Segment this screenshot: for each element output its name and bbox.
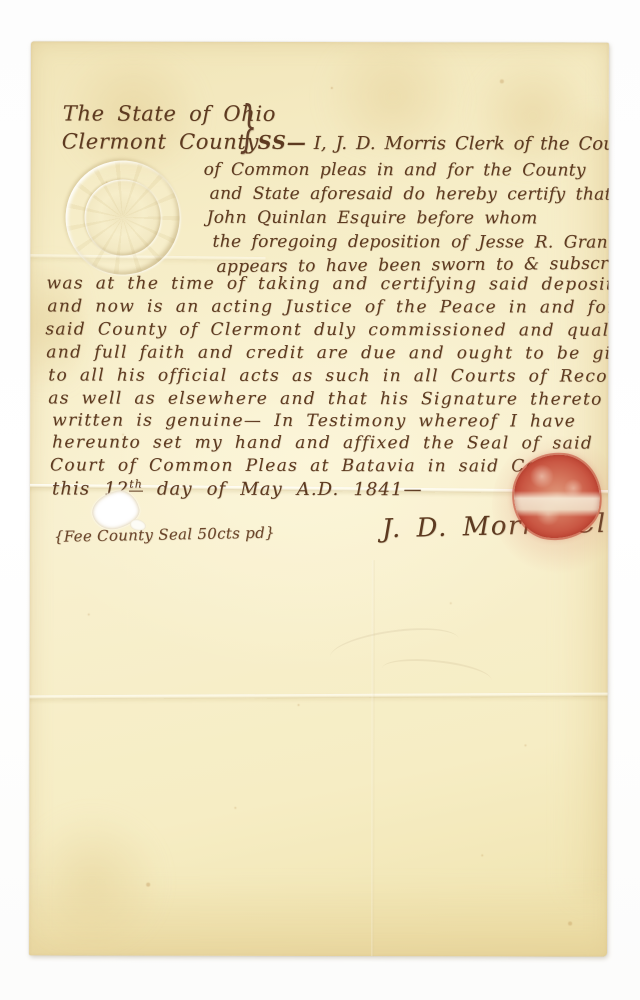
handwritten-line: as well as elsewhere and that his Signat…	[48, 388, 603, 409]
handwritten-line: and full faith and credit are due and ou…	[46, 342, 609, 363]
bleed-through-mark	[380, 654, 492, 694]
handwritten-line: hereunto set my hand and affixed the Sea…	[52, 432, 593, 453]
handwritten-line: and now is an acting Justice of the Peac…	[47, 296, 609, 317]
handwritten-line: said County of Clermont duly commissione…	[45, 319, 609, 340]
handwritten-line: the foregoing deposition of Jesse R. Gra…	[213, 232, 609, 253]
embossed-court-seal	[58, 153, 187, 282]
scanner-background: The State of Ohio } Clermont County SS—I…	[0, 0, 640, 1000]
ss-mark: SS—	[258, 132, 307, 154]
handwritten-line: was at the time of taking and certifying…	[46, 273, 609, 294]
document-paper: The State of Ohio } Clermont County SS—I…	[29, 41, 609, 956]
date-suffix: day of May A.D. 1841—	[143, 479, 423, 501]
fee-annotation: {Fee County Seal 50cts pd}	[54, 524, 275, 546]
fold-crease-lower	[29, 693, 609, 700]
handwritten-line: and State aforesaid do hereby certify th…	[210, 184, 609, 205]
embossed-court-seal-inner-ring	[80, 175, 165, 260]
foxing-specks	[31, 41, 33, 43]
heading-county-line: Clermont County	[62, 129, 259, 153]
date-ordinal-suffix: th	[129, 478, 143, 492]
handwritten-line: of Common pleas in and for the County	[204, 160, 586, 181]
intro-row: SS—I, J. D. Morris Clerk of the Court	[258, 132, 609, 155]
handwritten-line: written is genuine— In Testimony whereof…	[52, 410, 576, 431]
intro-text: I, J. D. Morris Clerk of the Court	[314, 133, 609, 155]
handwritten-line: to all his official acts as such in all …	[48, 365, 609, 386]
handwritten-line: John Quinlan Esquire before whom	[207, 208, 538, 229]
